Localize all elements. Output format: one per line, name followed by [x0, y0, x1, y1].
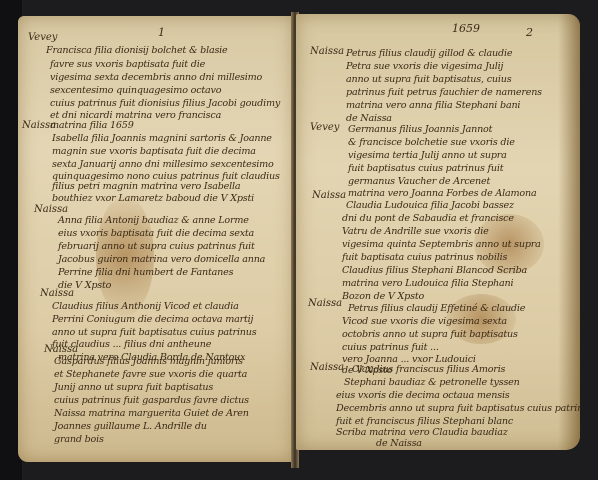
- entry-line: Jacobus guiron matrina vero domicella an…: [58, 254, 265, 265]
- entry-line: cuius patrinus fuit gaspardus favre dict…: [54, 395, 249, 406]
- entry-line: Perrine filia dni humbert de Fantanes: [58, 267, 233, 278]
- entry-line: matrina vero anna filia Stephani bani: [346, 100, 520, 111]
- entry-line: Germanus filius Joannis Jannot: [348, 124, 492, 135]
- entry-margin-label: Naissa: [22, 120, 56, 131]
- entry-margin-label: Vevey: [28, 32, 57, 43]
- entry-line: vigesima quinta Septembris anno ut supra: [342, 239, 541, 250]
- entry-line: filius petri magnin matrina vero Isabell…: [52, 181, 240, 192]
- entry-line: de Naissa: [346, 113, 392, 124]
- entry-line: anno ut supra fuit baptisatus, cuius: [346, 74, 511, 85]
- entry-line: Petrus filius claudij Effetiné & claudie: [348, 303, 525, 314]
- entry-line: dni du pont de Sabaudia et francisce: [342, 213, 514, 224]
- entry-line: eius vxoris die decima octaua mensis: [336, 390, 510, 401]
- year-heading: 1659: [452, 22, 480, 35]
- entry-line: Isabella filia Joannis magnini sartoris …: [52, 133, 272, 144]
- entry-line: Bozon de V Xpsto: [342, 291, 424, 302]
- entry-line: Perrini Coniugum die decima octava marti…: [52, 314, 253, 325]
- entry-line: Stephani baudiaz & petronelle tyssen: [344, 377, 520, 388]
- entry-line: de Naissa: [376, 438, 422, 449]
- entry-line: bouthiez vxor Lamaretz baboud die V Xpst…: [52, 193, 254, 204]
- entry-line: grand bois: [54, 434, 104, 445]
- entry-margin-label: Naissa: [312, 190, 346, 201]
- entry-line: Claudia Ludouica filia Jacobi bassez: [346, 200, 514, 211]
- entry-line: Vicod sue vxoris die vigesima sexta: [342, 316, 507, 327]
- entry-line: favre sus vxoris baptisata fuit die: [50, 59, 205, 70]
- entry-margin-label: Naissa: [308, 298, 342, 309]
- entry-line: Decembris anno ut supra fuit baptisatus …: [336, 403, 580, 414]
- entry-margin-label: Naissa: [310, 362, 344, 373]
- entry-line: matrina filia 1659: [50, 120, 134, 131]
- entry-line: vigesima tertia Julij anno ut supra: [348, 150, 507, 161]
- entry-line: vigesima sexta decembris anno dni milles…: [50, 72, 262, 83]
- entry-line: Joannes guillaume L. Andrille du: [54, 421, 207, 432]
- entry-line: matrina vero Ludouica filia Stephani: [342, 278, 513, 289]
- entry-line: fuit et franciscus filius Stephani blanc: [336, 416, 513, 427]
- entry-line: Claudius filius Stephani Blancod Scriba: [342, 265, 527, 276]
- entry-line: cuius patrinus fuit dionisius filius Jac…: [50, 98, 280, 109]
- entry-margin-label: Naissa: [34, 204, 68, 215]
- entry-line: Claudius filius Anthonij Vicod et claudi…: [52, 301, 239, 312]
- entry-line: Junij anno ut supra fuit baptisatus: [54, 382, 213, 393]
- entry-line: februarij anno ut supra cuius patrinus f…: [58, 241, 255, 252]
- entry-line: matrina vero Joanna Forbes de Alamona: [348, 188, 537, 199]
- entry-line: patrinus fuit petrus fauchier de nameren…: [346, 87, 542, 98]
- entry-line: Vatru de Andrille sue vxoris die: [342, 226, 489, 237]
- entry-line: Scriba matrina vero Claudia baudiaz: [336, 427, 508, 438]
- entry-margin-label: Naissa: [44, 344, 78, 355]
- left-page: 1 Vevey Francisca filia dionisij bolchet…: [18, 16, 294, 462]
- page-edge-shadow: [558, 14, 580, 450]
- entry-line: fuit baptisata cuius patrinus nobilis: [342, 252, 507, 263]
- entry-line: eius vxoris baptisata fuit die decima se…: [58, 228, 254, 239]
- entry-line: cuius patrinus fuit ...: [342, 342, 439, 353]
- entry-line: Petrus filius claudij gillod & claudie: [346, 48, 512, 59]
- entry-margin-label: Naissa: [40, 288, 74, 299]
- page-number-right: 2: [526, 26, 533, 39]
- entry-line: anno ut supra fuit baptisatus cuius patr…: [52, 327, 257, 338]
- entry-line: germanus Vaucher de Arcenet: [348, 176, 490, 187]
- entry-line: Francisca filia dionisij bolchet & blasi…: [46, 45, 228, 56]
- entry-line: Naissa matrina marguerita Guiet de Aren: [54, 408, 249, 419]
- entry-margin-label: Naissa: [310, 46, 344, 57]
- entry-line: magnin sue vxoris baptisata fuit die dec…: [52, 146, 256, 157]
- page-number-left: 1: [158, 26, 165, 39]
- entry-margin-label: Vevey: [310, 122, 339, 133]
- entry-line: Anna filia Antonij baudiaz & anne Lorme: [58, 215, 249, 226]
- entry-line: & francisce bolchetie sue vxoris die: [348, 137, 515, 148]
- entry-line: Petra sue vxoris die vigesima Julij: [346, 61, 503, 72]
- entry-line: sexcentesimo quinquagesimo octavo: [50, 85, 221, 96]
- entry-line: et Stephanete favre sue vxoris die quart…: [54, 369, 247, 380]
- entry-line: Claudius franciscus filius Amoris: [352, 364, 505, 375]
- entry-line: octobris anno ut supra fuit baptisatus: [342, 329, 518, 340]
- entry-line: sexta Januarij anno dni millesimo sexcen…: [52, 159, 274, 170]
- entry-line: Gaspardus filius Joannis magnin junioris: [54, 356, 243, 367]
- right-page: 1659 2 Naissa Petrus filius claudij gill…: [296, 14, 580, 450]
- entry-line: fuit baptisatus cuius patrinus fuit: [348, 163, 503, 174]
